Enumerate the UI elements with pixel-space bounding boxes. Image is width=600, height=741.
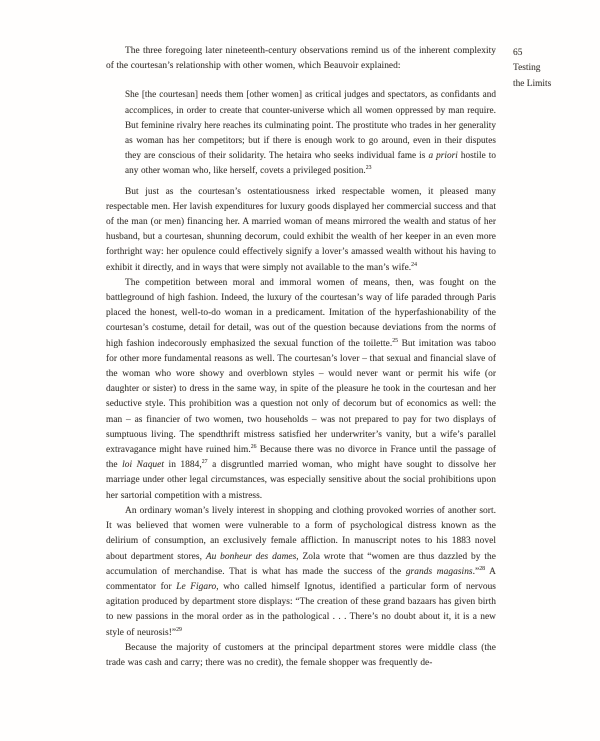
block-quote: She [the courtesan] needs them [other wo… — [125, 87, 496, 178]
page-number: 65 — [513, 46, 551, 61]
text-run: But imitation was taboo for other more f… — [106, 339, 496, 455]
body-paragraph: But just as the courtesan’s ostentatious… — [106, 185, 496, 276]
body-paragraph: An ordinary woman’s lively interest in s… — [106, 504, 496, 641]
italic-text: Au bonheur des dames — [206, 552, 296, 562]
italic-text: Le Figaro — [176, 582, 216, 592]
body-paragraph: The competition between moral and immora… — [106, 276, 496, 504]
text-run: But just as the courtesan’s ostentatious… — [106, 187, 496, 273]
text-run: The three foregoing later nineteenth-cen… — [106, 46, 496, 71]
italic-text: grands magasins — [406, 567, 473, 577]
running-head: 65 Testing the Limits — [513, 46, 551, 92]
running-title-line-2: the Limits — [513, 77, 551, 92]
book-page: 65 Testing the Limits The three foregoin… — [0, 0, 600, 741]
body-paragraph: Because the majority of customers at the… — [106, 641, 496, 671]
running-title-line-1: Testing — [513, 61, 551, 76]
footnote-reference: 24 — [411, 262, 417, 268]
italic-text: loi Naquet — [122, 460, 164, 470]
text-column: The three foregoing later nineteenth-cen… — [106, 44, 496, 671]
footnote-reference: 29 — [176, 626, 182, 632]
text-run: Because the majority of customers at the… — [106, 643, 496, 668]
body-paragraph: The three foregoing later nineteenth-cen… — [106, 44, 496, 74]
footnote-reference: 23 — [366, 165, 372, 171]
text-run: in 1884, — [164, 460, 202, 470]
italic-text: a priori — [428, 150, 457, 160]
